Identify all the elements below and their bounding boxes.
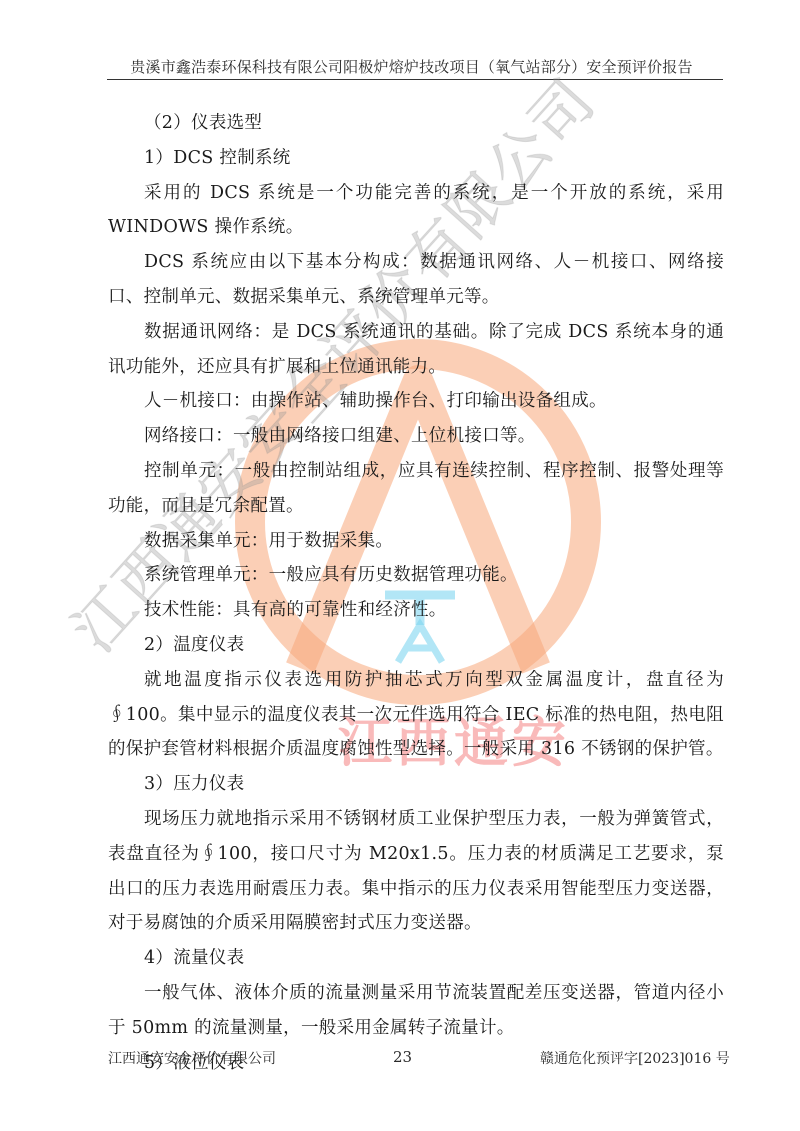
body-paragraph: 网络接口：一般由网络接口组建、上位机接口等。 [108,419,724,454]
body-paragraph: 系统管理单元：一般应具有历史数据管理功能。 [108,558,724,593]
subsection-heading: 3）压力仪表 [108,767,724,802]
subsection-heading: 2）温度仪表 [108,628,724,663]
footer-document-number: 赣通危化预评字[2023]016 号 [540,1048,730,1068]
body-paragraph: 控制单元：一般由控制站组成，应具有连续控制、程序控制、报警处理等功能，而且是冗余… [108,454,724,524]
footer-company: 江西通安安全评价有限公司 [108,1048,276,1068]
body-paragraph: 技术性能：具有高的可靠性和经济性。 [108,593,724,628]
header-divider [107,79,723,80]
body-paragraph: 数据通讯网络：是 DCS 系统通讯的基础。除了完成 DCS 系统本身的通讯功能外… [108,315,724,385]
body-paragraph: 数据采集单元：用于数据采集。 [108,524,724,559]
section-heading: （2）仪表选型 [108,106,724,141]
subsection-heading: 1）DCS 控制系统 [108,141,724,176]
footer-page-number: 23 [393,1048,412,1066]
body-paragraph: 人－机接口：由操作站、辅助操作台、打印输出设备组成。 [108,384,724,419]
subsection-heading: 4）流量仪表 [108,941,724,976]
document-body: （2）仪表选型 1）DCS 控制系统 采用的 DCS 系统是一个功能完善的系统，… [108,106,724,1080]
body-paragraph: 一般气体、液体介质的流量测量采用节流装置配差压变送器，管道内径小于 50mm 的… [108,976,724,1046]
page-header-title: 贵溪市鑫浩泰环保科技有限公司阳极炉熔炉技改项目（氧气站部分）安全预评价报告 [100,56,723,77]
body-paragraph: 就地温度指示仪表选用防护抽芯式万向型双金属温度计，盘直径为∮100。集中显示的温… [108,663,724,767]
body-paragraph: 采用的 DCS 系统是一个功能完善的系统，是一个开放的系统，采用 WINDOWS… [108,176,724,246]
body-paragraph: 现场压力就地指示采用不锈钢材质工业保护型压力表，一般为弹簧管式，表盘直径为∮10… [108,802,724,941]
body-paragraph: DCS 系统应由以下基本分构成：数据通讯网络、人－机接口、网络接口、控制单元、数… [108,245,724,315]
